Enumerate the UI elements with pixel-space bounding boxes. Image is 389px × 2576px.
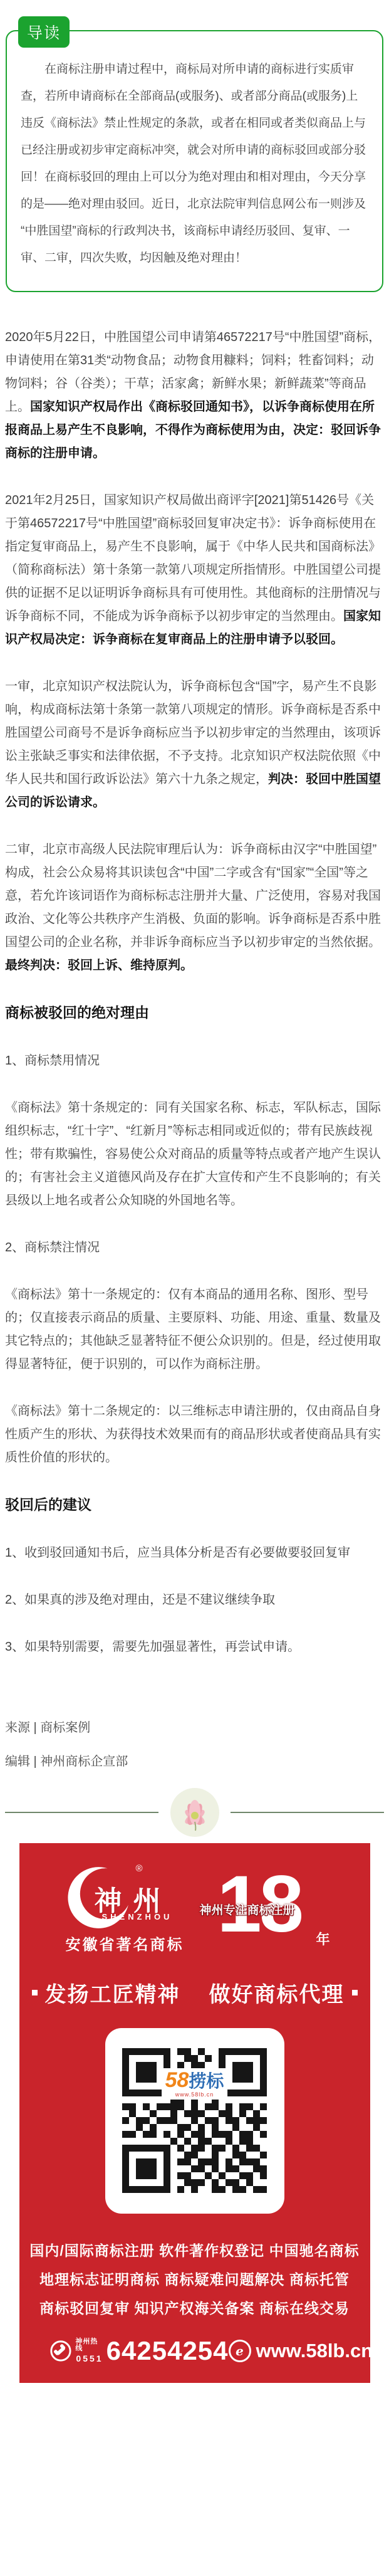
qr-module (122, 2055, 129, 2062)
qr-module (260, 2158, 267, 2165)
qr-module (122, 2103, 129, 2110)
qr-module (232, 2110, 239, 2117)
service-line-1: 国内/国际商标注册 软件著作权登记 中国驰名商标 (19, 2236, 370, 2265)
qr-module (239, 2069, 246, 2076)
qr-module (150, 2055, 157, 2062)
qr-module (170, 2138, 177, 2145)
qr-module (239, 2076, 246, 2083)
qr-module (253, 2186, 260, 2193)
qr-module (239, 2158, 246, 2165)
qr-module (260, 2165, 267, 2172)
qr-module (150, 2117, 157, 2124)
hotline-label: 神州热线 (75, 2338, 103, 2352)
qr-module (260, 2096, 267, 2103)
qr-module (129, 2131, 136, 2138)
qr-logo-site: www.58lb.cn (165, 2092, 224, 2098)
qr-module (219, 2131, 226, 2138)
qr-module (246, 2117, 253, 2124)
qr-module (205, 2165, 212, 2172)
qr-module (177, 2186, 184, 2193)
qr-module (260, 2152, 267, 2158)
paragraph-bold-decision: 国家知识产权局作出《商标驳回通知书》，以诉争商标使用在所报商品上易产生不良影响，… (5, 400, 381, 460)
qr-module (219, 2145, 226, 2152)
qr-module (226, 2124, 232, 2131)
qr-module (143, 2145, 150, 2152)
qr-module (253, 2172, 260, 2179)
qr-module (170, 2186, 177, 2193)
qr-module (143, 2048, 150, 2055)
qr-module (260, 2103, 267, 2110)
qr-module (232, 2152, 239, 2158)
qr-module (260, 2117, 267, 2124)
qr-module (150, 2165, 157, 2172)
qr-module (150, 2103, 157, 2110)
divider-line-right (231, 1812, 384, 1813)
qr-module (157, 2172, 163, 2179)
qr-module (163, 2152, 170, 2158)
service-line-2: 地理标志证明商标 商标疑难问题解决 商标托管 (19, 2265, 370, 2294)
qr-module (157, 2186, 163, 2193)
promo-poster[interactable]: ® 神州 SHENZHOU 安徽省著名商标 18 神州专注商标注册 年 发扬工匠… (19, 1843, 370, 2383)
qr-module (177, 2048, 184, 2055)
qr-module (260, 2110, 267, 2117)
qr-module (143, 2090, 150, 2096)
qr-module (219, 2179, 226, 2186)
credit-source: 来源 | 商标案例 (5, 1718, 383, 1738)
qr-module (136, 2138, 143, 2145)
qr-module (205, 2117, 212, 2124)
qr-module (260, 2186, 267, 2193)
qr-module (198, 2055, 205, 2062)
bottom-whitespace (0, 2383, 389, 2428)
qr-module (260, 2083, 267, 2090)
qr-module (143, 2117, 150, 2124)
qr-module (219, 2048, 226, 2055)
qr-module (191, 2131, 198, 2138)
qr-module (170, 2110, 177, 2117)
qr-module (143, 2172, 150, 2179)
qr-module (122, 2145, 129, 2152)
qr-module (163, 2131, 170, 2138)
qr-module (212, 2179, 219, 2186)
qr-module (246, 2124, 253, 2131)
qr-module (129, 2083, 136, 2090)
qr-module (246, 2048, 253, 2055)
qr-module (198, 2117, 205, 2124)
qr-module (122, 2048, 129, 2055)
qr-module (253, 2069, 260, 2076)
qr-module (191, 2055, 198, 2062)
qr-module (157, 2179, 163, 2186)
qr-module (150, 2138, 157, 2145)
qr-module (239, 2055, 246, 2062)
intro-text: 在商标注册申请过程中，商标局对所申请的商标进行实质审查，若所申请商标在全部商品(… (21, 56, 368, 272)
qr-module (239, 2172, 246, 2179)
qr-module (143, 2083, 150, 2090)
paragraph-law-article11: 《商标法》第十一条规定的：仅有本商品的通用名称、图形、型号的；仅直接表示商品的质… (5, 1283, 383, 1376)
qr-module (198, 2145, 205, 2152)
qr-module (191, 2152, 198, 2158)
qr-module (184, 2172, 191, 2179)
qr-module (157, 2145, 163, 2152)
qr-module (143, 2138, 150, 2145)
qr-module (163, 2117, 170, 2124)
qr-module (184, 2055, 191, 2062)
qr-module (184, 2131, 191, 2138)
qr-module (246, 2055, 253, 2062)
hotline-number: 64254254 (106, 2338, 229, 2364)
qr-module (226, 2055, 232, 2062)
qr-module (157, 2131, 163, 2138)
qr-module (246, 2131, 253, 2138)
qr-module (239, 2124, 246, 2131)
qr-module (253, 2048, 260, 2055)
qr-module (232, 2138, 239, 2145)
qr-module (122, 2158, 129, 2165)
qr-module (212, 2048, 219, 2055)
paragraph-text: 一审，北京知识产权法院认为，诉争商标包含“国”字，易产生不良影响，构成商标法第十… (5, 680, 381, 786)
qr-module (184, 2179, 191, 2186)
qr-module (170, 2131, 177, 2138)
paragraph-text: 2021年2月25日，国家知识产权局做出商评字[2021]第51426号《关于第… (5, 493, 381, 623)
qr-module (143, 2096, 150, 2103)
qr-module (232, 2069, 239, 2076)
qr-module (246, 2096, 253, 2103)
qr-module (205, 2158, 212, 2165)
qr-module (246, 2069, 253, 2076)
qr-module (232, 2096, 239, 2103)
qr-module (150, 2090, 157, 2096)
qr-module (239, 2165, 246, 2172)
qr-module (150, 2096, 157, 2103)
intro-badge: 导读 (18, 16, 70, 48)
qr-module (219, 2165, 226, 2172)
qr-module (232, 2186, 239, 2193)
qr-module (260, 2055, 267, 2062)
qr-module (163, 2124, 170, 2131)
qr-module (232, 2145, 239, 2152)
qr-module (184, 2117, 191, 2124)
suggestion-item-1: 1、收到驳回通知书后，应当具体分析是否有必要做要驳回复审 (5, 1542, 383, 1565)
qr-module (122, 2076, 129, 2083)
qr-module (232, 2062, 239, 2069)
qr-module (170, 2048, 177, 2055)
qr-module (191, 2145, 198, 2152)
qr-module (232, 2090, 239, 2096)
qr-module (129, 2165, 136, 2172)
qr-module (136, 2096, 143, 2103)
poster-slogan: 发扬工匠精神 做好商标代理 (19, 1977, 370, 2008)
brand-name-en: SHENZHOU (102, 1912, 173, 1921)
qr-module (205, 2179, 212, 2186)
qr-module (177, 2138, 184, 2145)
qr-module (232, 2055, 239, 2062)
qr-module (260, 2179, 267, 2186)
qr-module (239, 2096, 246, 2103)
qr-module (253, 2090, 260, 2096)
qr-module (253, 2152, 260, 2158)
qr-module (253, 2055, 260, 2062)
qr-module (122, 2179, 129, 2186)
qr-module (191, 2048, 198, 2055)
qr-module (226, 2152, 232, 2158)
hotline-area-code: 0551 (76, 2354, 103, 2363)
qr-module (150, 2172, 157, 2179)
qr-module (212, 2117, 219, 2124)
qr-module (226, 2138, 232, 2145)
qr-module (219, 2117, 226, 2124)
qr-module (198, 2048, 205, 2055)
qr-module (122, 2090, 129, 2096)
qr-module (191, 2110, 198, 2117)
qr-module (239, 2186, 246, 2193)
qr-module (260, 2124, 267, 2131)
qr-module (232, 2172, 239, 2179)
qr-module (232, 2179, 239, 2186)
qr-module (143, 2152, 150, 2158)
qr-module (136, 2090, 143, 2096)
qr-module (136, 2110, 143, 2117)
shenzhou-logo: ® 神州 SHENZHOU 安徽省著名商标 (66, 1864, 209, 1958)
qr-module (246, 2152, 253, 2158)
qr-module (122, 2117, 129, 2124)
qr-module (129, 2048, 136, 2055)
qr-module (191, 2172, 198, 2179)
qr-module (122, 2138, 129, 2145)
qr-module (170, 2145, 177, 2152)
qr-module (232, 2124, 239, 2131)
qr-module (232, 2165, 239, 2172)
qr-module (226, 2186, 232, 2193)
hotline-stack: 神州热线 0551 (75, 2338, 103, 2363)
service-line-3: 商标驳回复审 知识产权海关备案 商标在线交易 (19, 2294, 370, 2323)
qr-module (129, 2138, 136, 2145)
qr-module (150, 2062, 157, 2069)
qr-module (150, 2083, 157, 2090)
qr-module (246, 2158, 253, 2165)
lotus-icon (170, 1788, 219, 1837)
qr-module (157, 2165, 163, 2172)
intro-box: 在商标注册申请过程中，商标局对所申请的商标进行实质审查，若所申请商标在全部商品(… (6, 30, 383, 292)
qr-module (239, 2062, 246, 2069)
website-url: www.58lb.cn (256, 2340, 373, 2362)
qr-module (226, 2179, 232, 2186)
qr-module (150, 2110, 157, 2117)
qr-module (129, 2158, 136, 2165)
qr-module (150, 2131, 157, 2138)
qr-module (219, 2158, 226, 2165)
qr-module (129, 2069, 136, 2076)
qr-module (260, 2172, 267, 2179)
qr-module (170, 2179, 177, 2186)
qr-module (253, 2124, 260, 2131)
qr-module (191, 2138, 198, 2145)
qr-module (170, 2055, 177, 2062)
paragraph-text: 二审，北京市高级人民法院审理后认为：诉争商标由汉字“中胜国望”构成，社会公众易将… (5, 843, 381, 949)
qr-module (122, 2152, 129, 2158)
qr-module (122, 2069, 129, 2076)
qr-module (184, 2124, 191, 2131)
qr-module (184, 2048, 191, 2055)
qr-module (184, 2103, 191, 2110)
qr-module (198, 2131, 205, 2138)
qr-module (136, 2152, 143, 2158)
qr-module (163, 2179, 170, 2186)
qr-module (226, 2117, 232, 2124)
qr-module (143, 2069, 150, 2076)
qr-module (150, 2179, 157, 2186)
qr-module (129, 2172, 136, 2179)
qr-module (136, 2145, 143, 2152)
paragraph-law-article12: 《商标法》第十二条规定的：以三维标志申请注册的，仅由商品自身性质产生的形状、为获… (5, 1400, 383, 1469)
qr-module (212, 2138, 219, 2145)
qr-module (198, 2124, 205, 2131)
qr-module (219, 2138, 226, 2145)
qr-module (143, 2131, 150, 2138)
qr-module (226, 2110, 232, 2117)
qr-module (136, 2131, 143, 2138)
qr-module (136, 2048, 143, 2055)
qr-module (143, 2076, 150, 2083)
qr-module (239, 2048, 246, 2055)
qr-module (170, 2124, 177, 2131)
qr-module (260, 2062, 267, 2069)
qr-module (212, 2110, 219, 2117)
lotus-divider (5, 1785, 384, 1839)
qr-module (122, 2083, 129, 2090)
qr-module (226, 2145, 232, 2152)
paragraph-bold-final-judgment: 最终判决：驳回上诉、维持原判。 (5, 959, 193, 972)
qr-module (260, 2048, 267, 2055)
qr-module (205, 2110, 212, 2117)
poster-contact-row: 神州热线 0551 64254254 e www.58lb.cn (19, 2338, 370, 2364)
qr-module (232, 2117, 239, 2124)
qr-module (150, 2186, 157, 2193)
qr-module (184, 2152, 191, 2158)
qr-module (191, 2117, 198, 2124)
qr-module (239, 2083, 246, 2090)
qr-module (163, 2055, 170, 2062)
subheading-prohibited-registration: 2、商标禁注情况 (5, 1236, 383, 1259)
qr-module (212, 2158, 219, 2165)
qr-module (129, 2124, 136, 2131)
slogan-right: 做好商标代理 (209, 1977, 345, 2008)
qr-module (157, 2055, 163, 2062)
qr-module (219, 2103, 226, 2110)
qr-module (191, 2186, 198, 2193)
qr-module (219, 2124, 226, 2131)
qr-module (150, 2076, 157, 2083)
qr-module (205, 2131, 212, 2138)
paragraph-second-instance: 二审，北京市高级人民法院审理后认为：诉争商标由汉字“中胜国望”构成，社会公众易将… (5, 838, 383, 977)
qr-module (198, 2158, 205, 2165)
slogan-bullet (352, 1990, 358, 1995)
qr-module (253, 2117, 260, 2124)
qr-module (205, 2186, 212, 2193)
qr-module (198, 2138, 205, 2145)
qr-module (260, 2131, 267, 2138)
qr-module (198, 2179, 205, 2186)
qr-module (253, 2103, 260, 2110)
qr-module (157, 2103, 163, 2110)
qr-module (122, 2062, 129, 2069)
qr-module (219, 2110, 226, 2117)
qr-module (212, 2186, 219, 2193)
qr-module (177, 2152, 184, 2158)
qr-module (177, 2055, 184, 2062)
qr-module (163, 2145, 170, 2152)
qr-module (136, 2186, 143, 2193)
qr-module (219, 2186, 226, 2193)
qr-module (136, 2124, 143, 2131)
qr-module (143, 2124, 150, 2131)
qr-module (184, 2145, 191, 2152)
qr-module (260, 2090, 267, 2096)
qr-module (212, 2131, 219, 2138)
qr-module (226, 2131, 232, 2138)
qr-module (143, 2165, 150, 2172)
qr-module (253, 2158, 260, 2165)
qr-module (205, 2138, 212, 2145)
paragraph-case-filing: 2020年5月22日，中胜国望公司申请第46572217号“中胜国望”商标，申请… (5, 326, 383, 465)
qr-module (198, 2110, 205, 2117)
credit-editor: 编辑 | 神州商标企宣部 (5, 1752, 383, 1772)
qr-module (129, 2096, 136, 2103)
qr-module (157, 2117, 163, 2124)
qr-module (170, 2165, 177, 2172)
qr-module (122, 2096, 129, 2103)
qr-module (163, 2165, 170, 2172)
qr-module (239, 2117, 246, 2124)
qr-module (163, 2110, 170, 2117)
qr-module (177, 2145, 184, 2152)
qr-module (253, 2083, 260, 2090)
qr-module (129, 2145, 136, 2152)
qr-module (136, 2083, 143, 2090)
years-badge: 18 神州专注商标注册 年 (217, 1864, 324, 1958)
qr-module (122, 2131, 129, 2138)
qr-module (205, 2055, 212, 2062)
qr-module (232, 2131, 239, 2138)
article-page: 导读 在商标注册申请过程中，商标局对所申请的商标进行实质审查，若所申请商标在全部… (0, 0, 389, 2428)
qr-module (239, 2090, 246, 2096)
qr-module (129, 2103, 136, 2110)
qr-module (136, 2103, 143, 2110)
qr-module (157, 2138, 163, 2145)
qr-module (129, 2076, 136, 2083)
slogan-left: 发扬工匠精神 (45, 1977, 180, 2008)
qr-module (232, 2076, 239, 2083)
qr-module (136, 2069, 143, 2076)
qr-module (122, 2186, 129, 2193)
qr-module (260, 2145, 267, 2152)
qr-module (212, 2055, 219, 2062)
qr-module (143, 2110, 150, 2117)
article-body: 2020年5月22日，中胜国望公司申请第46572217号“中胜国望”商标，申请… (0, 326, 389, 1659)
qr-module (177, 2103, 184, 2110)
years-overlay-text: 神州专注商标注册 (200, 1901, 295, 1918)
qr-module (205, 2152, 212, 2158)
qr-module (143, 2103, 150, 2110)
qr-module (143, 2179, 150, 2186)
qr-module (129, 2062, 136, 2069)
qr-module (177, 2110, 184, 2117)
credits-section: 来源 | 商标案例 编辑 | 神州商标企宣部 (0, 1683, 389, 1772)
qr-module (163, 2138, 170, 2145)
qr-module (177, 2158, 184, 2165)
qr-module (246, 2172, 253, 2179)
qr-module (170, 2158, 177, 2165)
